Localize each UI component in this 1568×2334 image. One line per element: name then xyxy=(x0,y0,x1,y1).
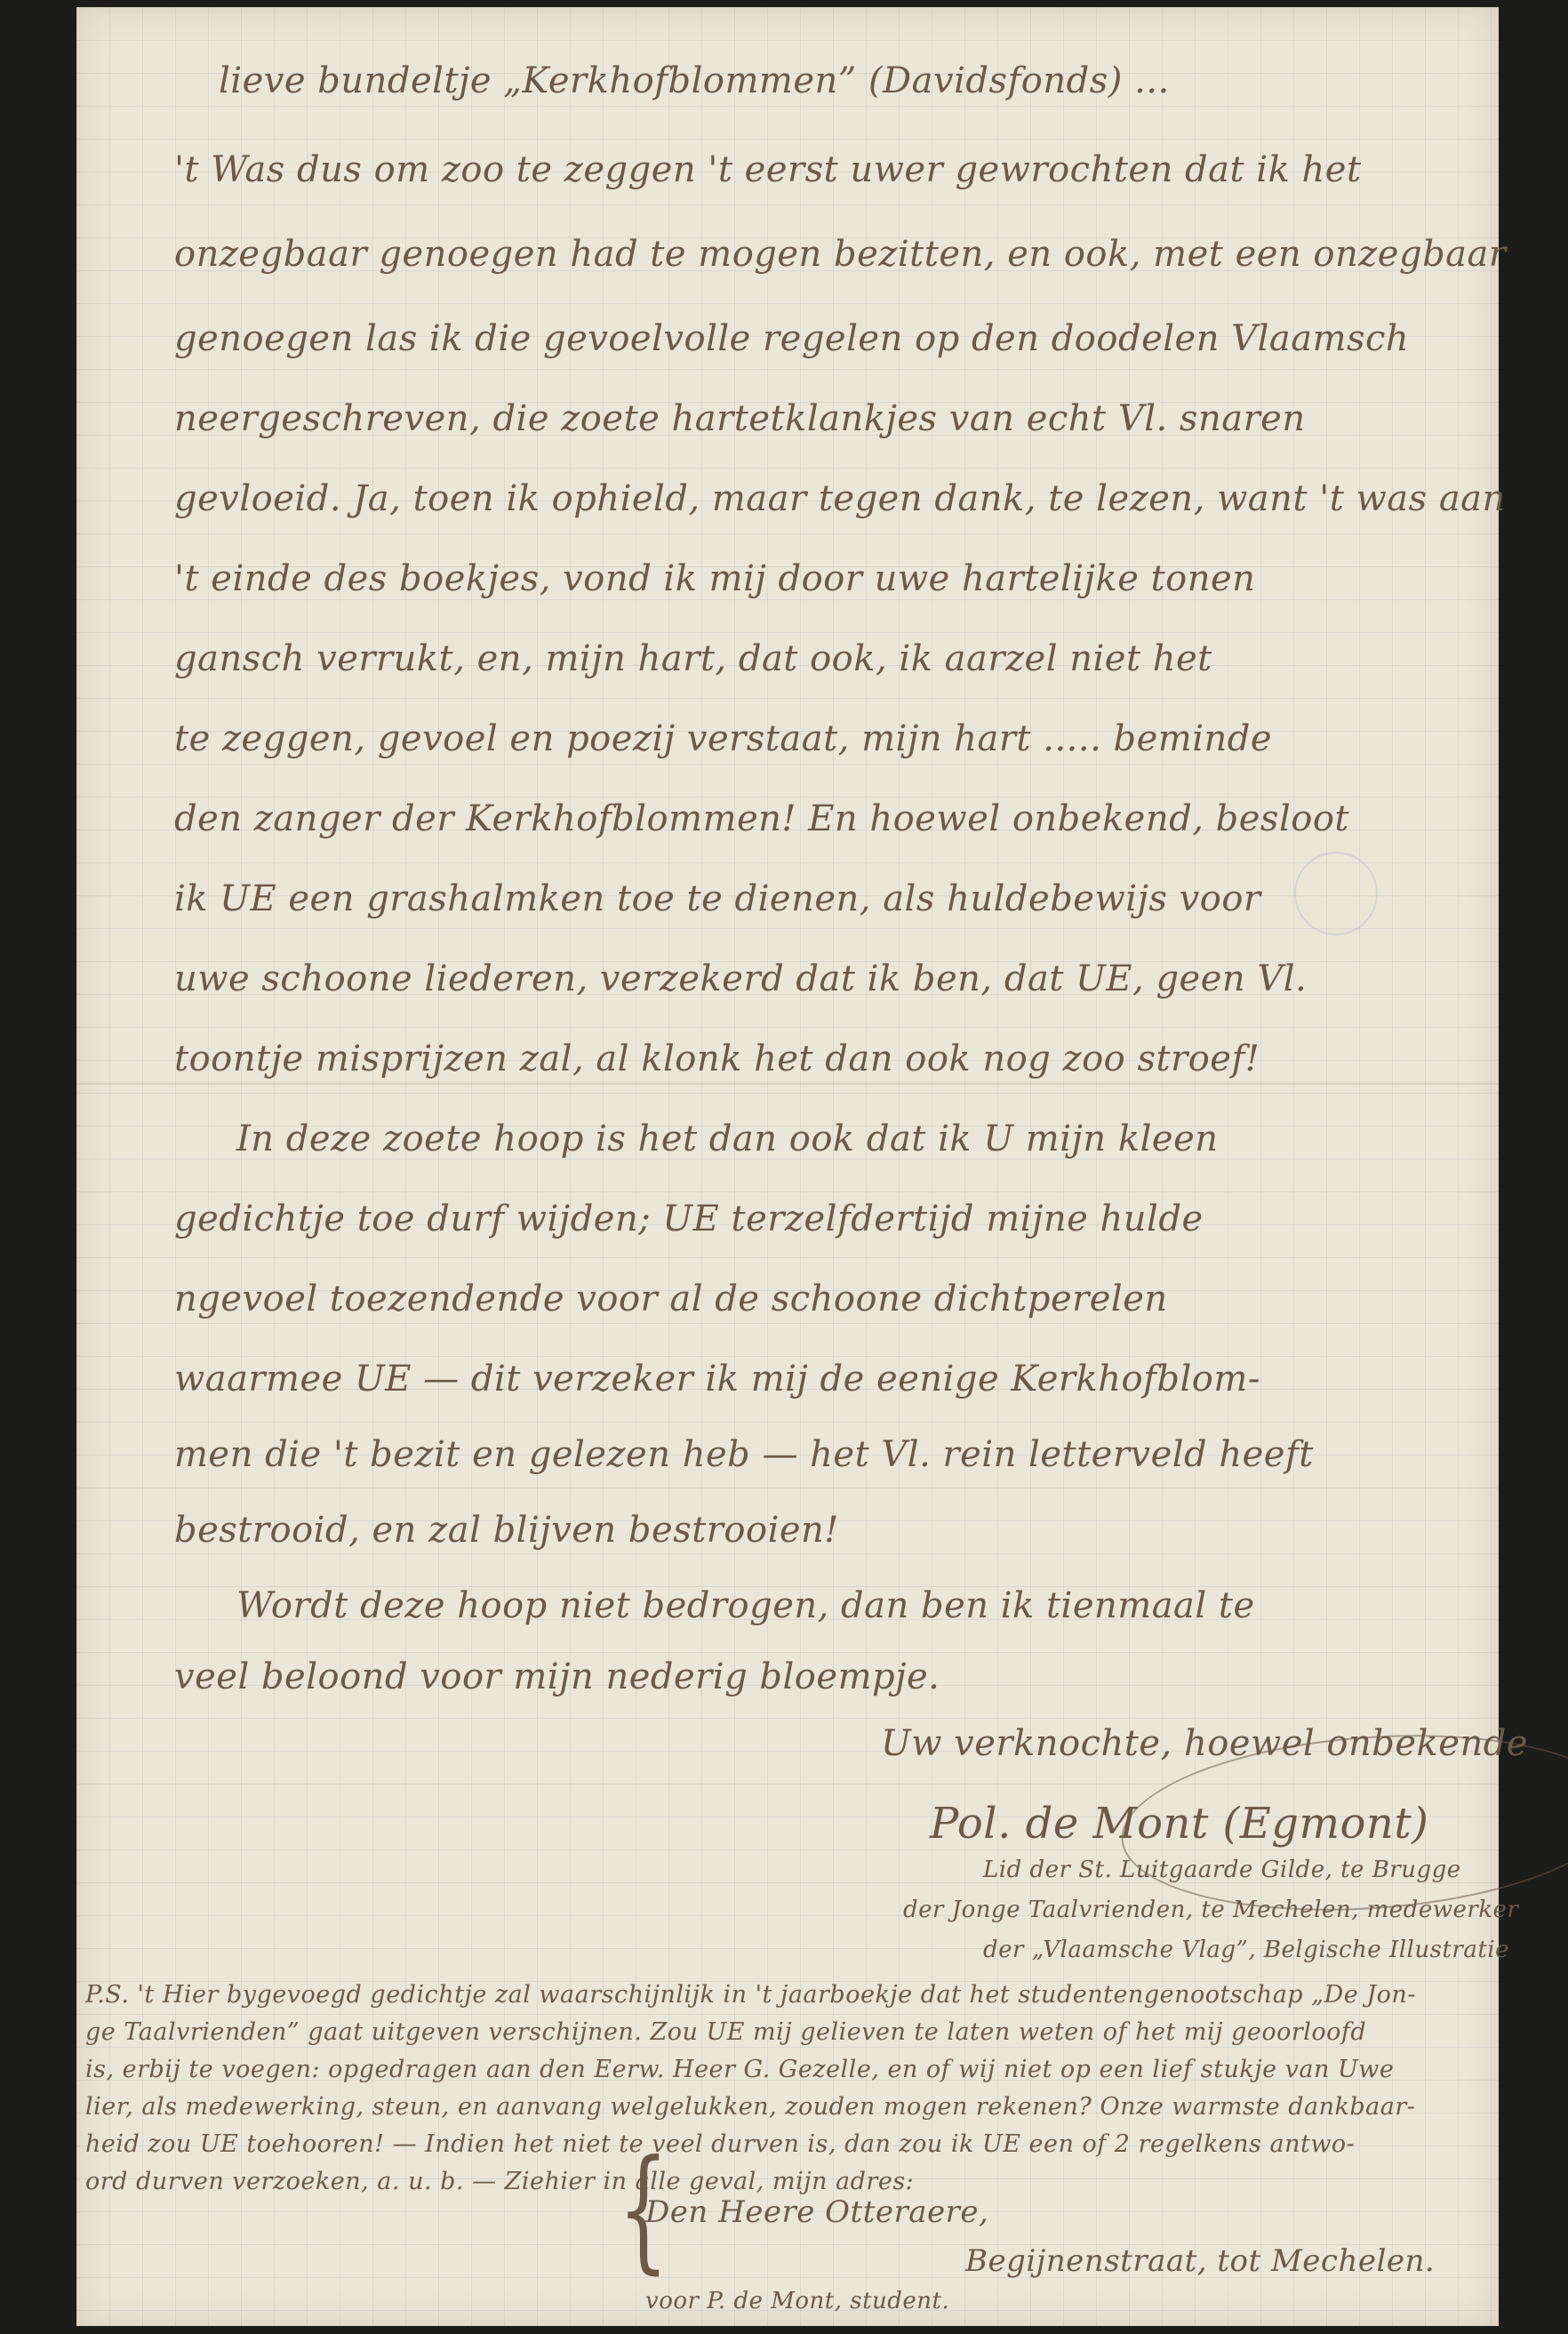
signature: Pol. de Mont (Egmont) xyxy=(930,1799,1428,1849)
body-line-21: veel beloond voor mijn nederig bloempje. xyxy=(174,1656,940,1697)
body-line-9: te zeggen, gevoel en poezij verstaat, mi… xyxy=(174,718,1272,759)
body-line-19: bestrooid, en zal blijven bestrooien! xyxy=(174,1510,839,1551)
body-line-14: In deze zoete hoop is het dan ook dat ik… xyxy=(236,1119,1219,1159)
postscript-line-2: ge Taalvrienden” gaat uitgeven verschijn… xyxy=(85,2018,1366,2046)
affiliation-1: Lid der St. Luitgaarde Gilde, te Brugge xyxy=(983,1857,1461,1883)
body-line-4: genoegen las ik die gevoelvolle regelen … xyxy=(174,318,1409,359)
body-line-12: uwe schoone liederen, verzekerd dat ik b… xyxy=(174,958,1307,999)
body-line-8: gansch verrukt, en, mijn hart, dat ook, … xyxy=(174,638,1212,679)
affiliation-2: der Jonge Taalvrienden, te Mechelen, med… xyxy=(903,1897,1518,1923)
postscript-line-1: P.S. 't Hier bygevoegd gedichtje zal waa… xyxy=(85,1981,1416,2009)
body-line-3: onzegbaar genoegen had te mogen bezitten… xyxy=(174,234,1507,275)
body-line-13: toontje misprijzen zal, al klonk het dan… xyxy=(174,1039,1260,1079)
body-line-2: 't Was dus om zoo te zeggen 't eerst uwe… xyxy=(174,149,1362,190)
body-line-16: ngevoel toezendende voor al de schoone d… xyxy=(174,1279,1168,1319)
affiliation-3: der „Vlaamsche Vlag”, Belgische Illustra… xyxy=(983,1937,1509,1963)
body-line-20: Wordt deze hoop niet bedrogen, dan ben i… xyxy=(236,1585,1255,1626)
body-line-5: neergeschreven, die zoete hartetklankjes… xyxy=(174,398,1306,439)
paper-fold xyxy=(76,1083,1499,1085)
body-line-15: gedichtje toe durf wijden; UE terzelfder… xyxy=(174,1199,1204,1239)
address-line-3: voor P. de Mont, student. xyxy=(645,2288,949,2314)
postscript-line-6: ord durven verzoeken, a. u. b. — Ziehier… xyxy=(85,2168,914,2195)
address-line-2: Begijnenstraat, tot Mechelen. xyxy=(965,2243,1435,2279)
faint-stamp xyxy=(1294,852,1378,935)
letter-page: lieve bundeltje „Kerkhofblommen” (Davids… xyxy=(76,7,1499,2326)
body-line-17: waarmee UE — dit verzeker ik mij de eeni… xyxy=(174,1359,1260,1400)
postscript-line-5: heid zou UE toehooren! — Indien het niet… xyxy=(85,2130,1355,2158)
address-line-1: Den Heere Otteraere, xyxy=(645,2194,988,2230)
body-line-6: gevloeid. Ja, toen ik ophield, maar tege… xyxy=(174,478,1506,519)
postscript-line-3: is, erbij te voegen: opgedragen aan den … xyxy=(85,2056,1394,2083)
body-line-10: den zanger der Kerkhofblommen! En hoewel… xyxy=(174,798,1349,839)
body-line-11: ik UE een grashalmken toe te dienen, als… xyxy=(174,878,1261,919)
body-line-1: lieve bundeltje „Kerkhofblommen” (Davids… xyxy=(219,60,1170,101)
postscript-line-4: lier, als medewerking, steun, en aanvang… xyxy=(85,2093,1415,2121)
body-line-18: men die 't bezit en gelezen heb — het Vl… xyxy=(174,1434,1314,1475)
body-line-7: 't einde des boekjes, vond ik mij door u… xyxy=(174,558,1255,599)
